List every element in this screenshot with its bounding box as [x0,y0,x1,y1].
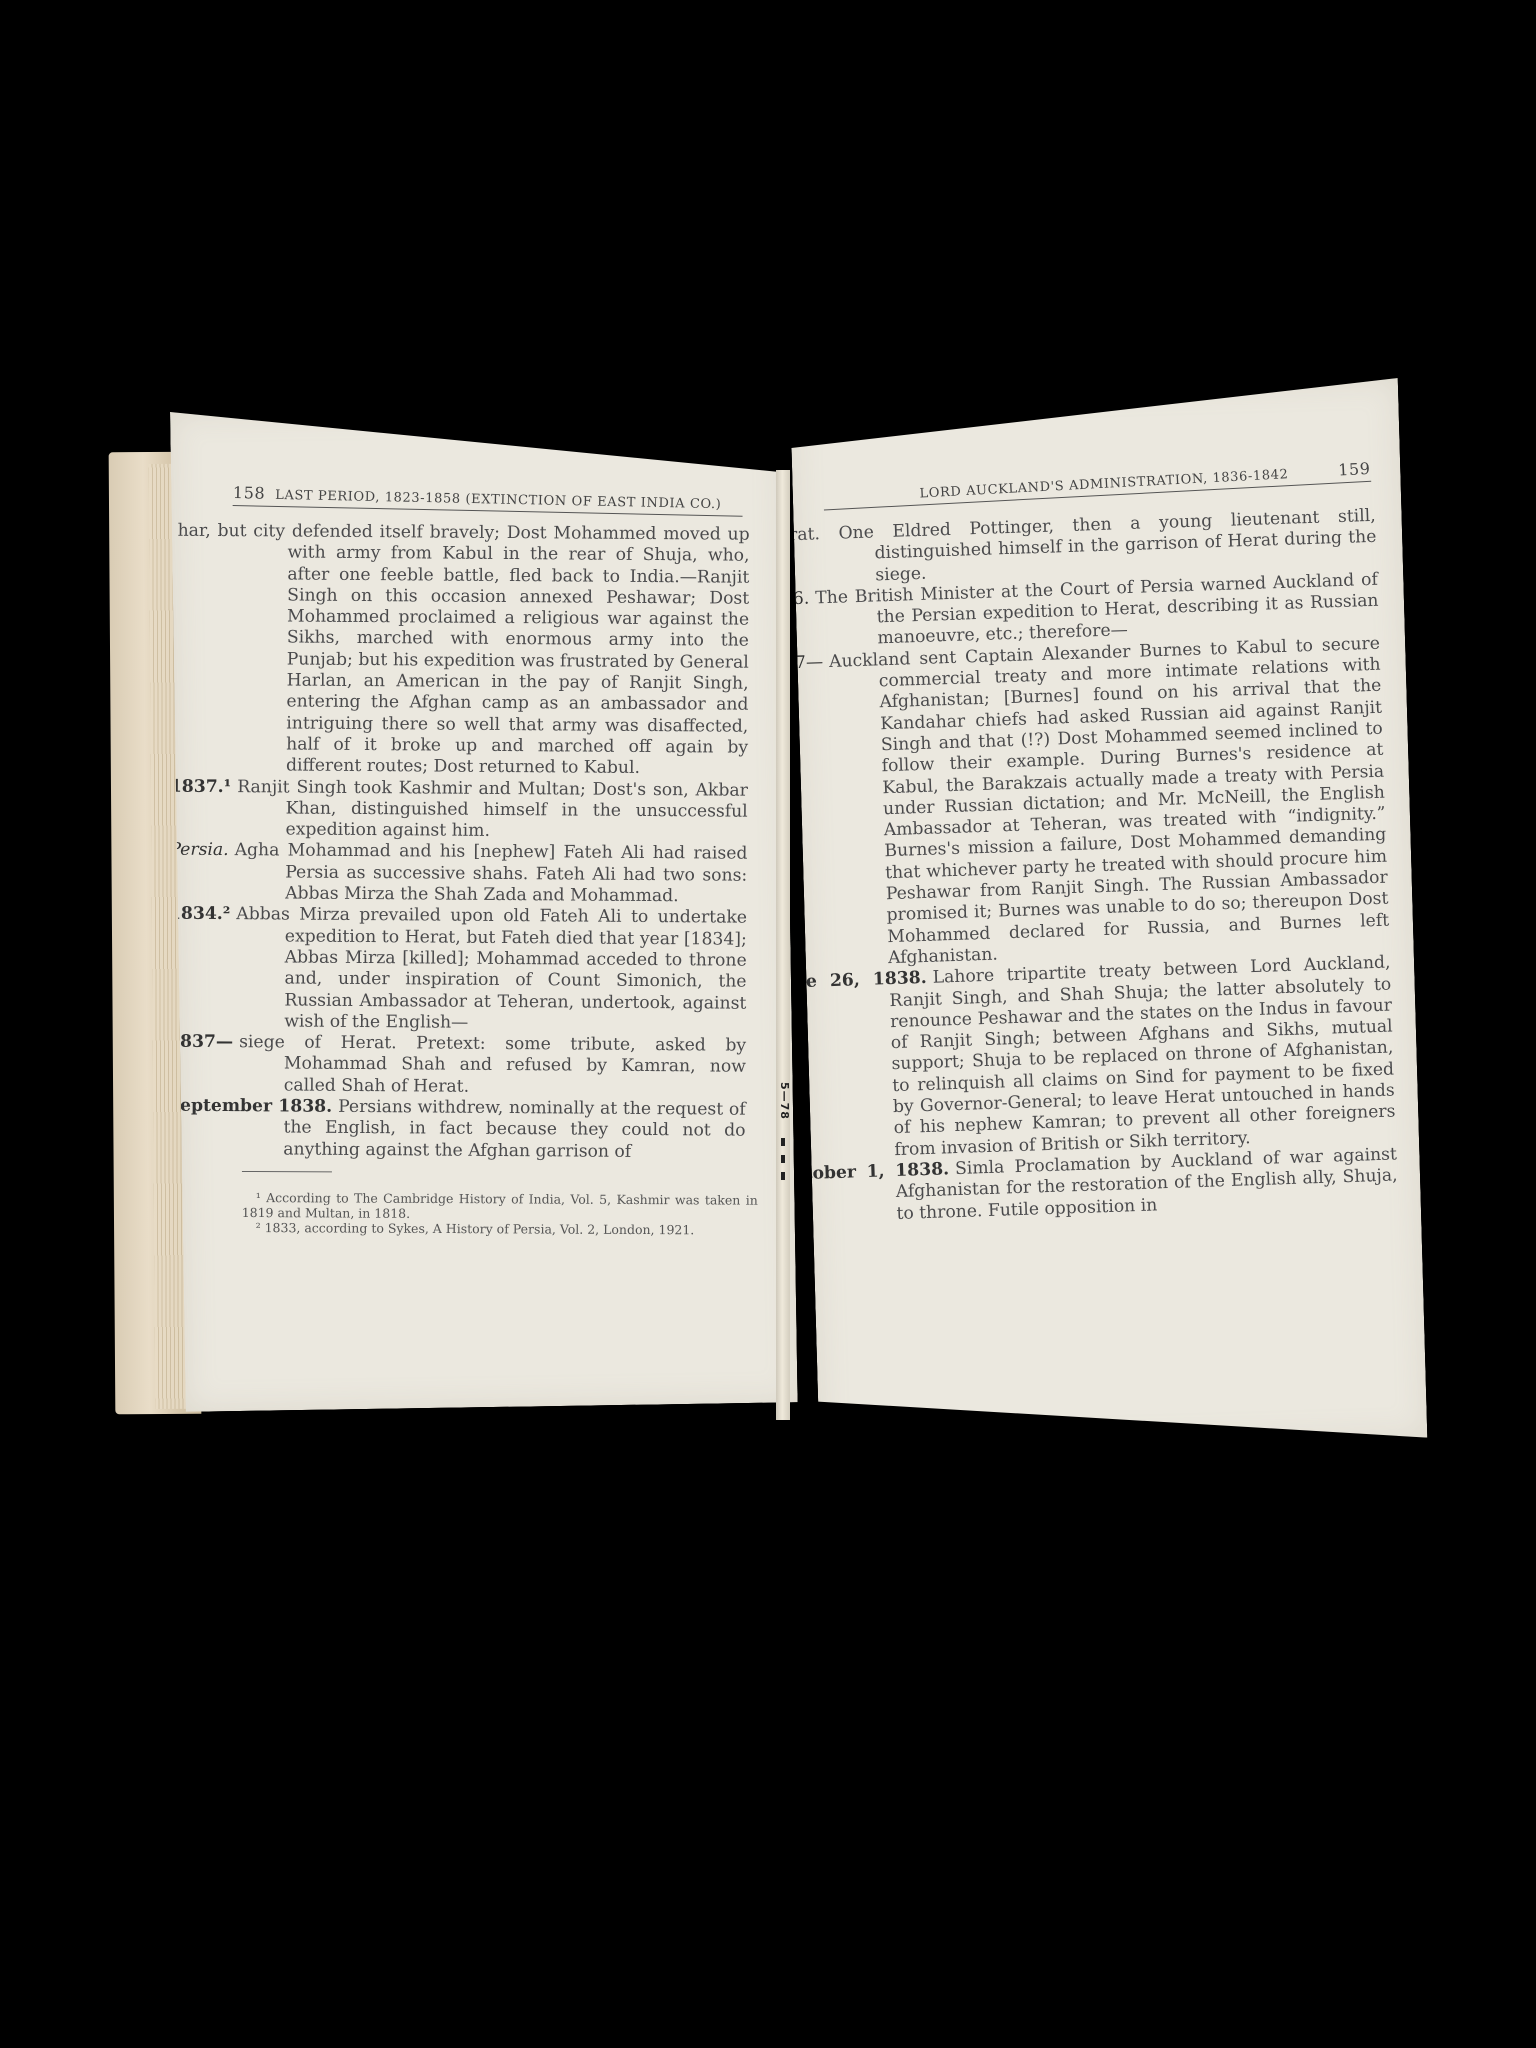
entry: har, but city defended itself bravely; D… [228,521,750,780]
left-running-head: 158 LAST PERIOD, 1823-1858 (EXTINCTION O… [233,483,743,517]
left-page: 158 LAST PERIOD, 1823-1858 (EXTINCTION O… [170,402,798,1411]
entry-text: Abbas Mirza prevailed upon old Fateh Ali… [236,904,747,1032]
footnote: ¹ According to The Cambridge History of … [242,1190,758,1223]
collation-marks [781,1138,785,1189]
left-page-body: har, but city defended itself bravely; D… [225,521,749,1164]
page-number: 159 [1338,459,1371,480]
entry-date: 1834.² [169,904,230,924]
entry-text: Lahore tripartite treaty between Lord Au… [889,953,1396,1160]
running-head-title: LORD AUCKLAND'S ADMINISTRATION, 1836-184… [919,467,1289,501]
entry: June 26, 1838.Lahore tripartite treaty b… [830,953,1396,1163]
page-number: 158 [233,483,266,503]
entry-text: siege of Herat. Pretext: some tribute, a… [239,1032,746,1096]
right-running-head: LORD AUCKLAND'S ADMINISTRATION, 1836-184… [823,459,1371,511]
signature-mark: 5—78 [778,1082,791,1120]
entry-text: Auckland sent Captain Alexander Burnes t… [829,633,1390,968]
entry-date: Persia. [169,840,228,860]
entry-text: Ranjit Singh took Kashmir and Multan; Do… [237,777,748,841]
running-head-title: LAST PERIOD, 1823-1858 (EXTINCTION OF EA… [275,488,721,512]
right-page-body: Herat. One Eldred Pottinger, then a youn… [816,506,1399,1227]
footnotes: ¹ According to The Cambridge History of … [242,1171,758,1238]
book-gutter [776,470,790,1420]
entry: 1837—siege of Herat. Pretext: some tribu… [226,1032,746,1100]
entry-text: Persians withdrew, nominally at the requ… [283,1097,745,1162]
footnote-rule [242,1171,332,1172]
entry: 1834.²Abbas Mirza prevailed upon old Fat… [226,904,747,1035]
entry-date: 1837.¹ [170,776,231,796]
entry: Persia.Agha Mohammad and his [nephew] Fa… [227,841,747,909]
entry: September 1838.Persians withdrew, nomina… [225,1096,745,1164]
entry: 1837—Auckland sent Captain Alexander Bur… [820,633,1390,971]
right-page: LORD AUCKLAND'S ADMINISTRATION, 1836-184… [790,378,1427,1455]
entry-text: Agha Mohammad and his [nephew] Fateh Ali… [235,841,748,907]
entry-text: har, but city defended itself bravely; D… [178,521,750,778]
open-book: 158 LAST PERIOD, 1823-1858 (EXTINCTION O… [0,0,1536,2048]
footnote: ² 1833, according to Sykes, A History of… [242,1220,758,1238]
entry: 1837.¹Ranjit Singh took Kashmir and Mult… [227,777,747,845]
entry-date: September 1838. [168,1096,333,1117]
